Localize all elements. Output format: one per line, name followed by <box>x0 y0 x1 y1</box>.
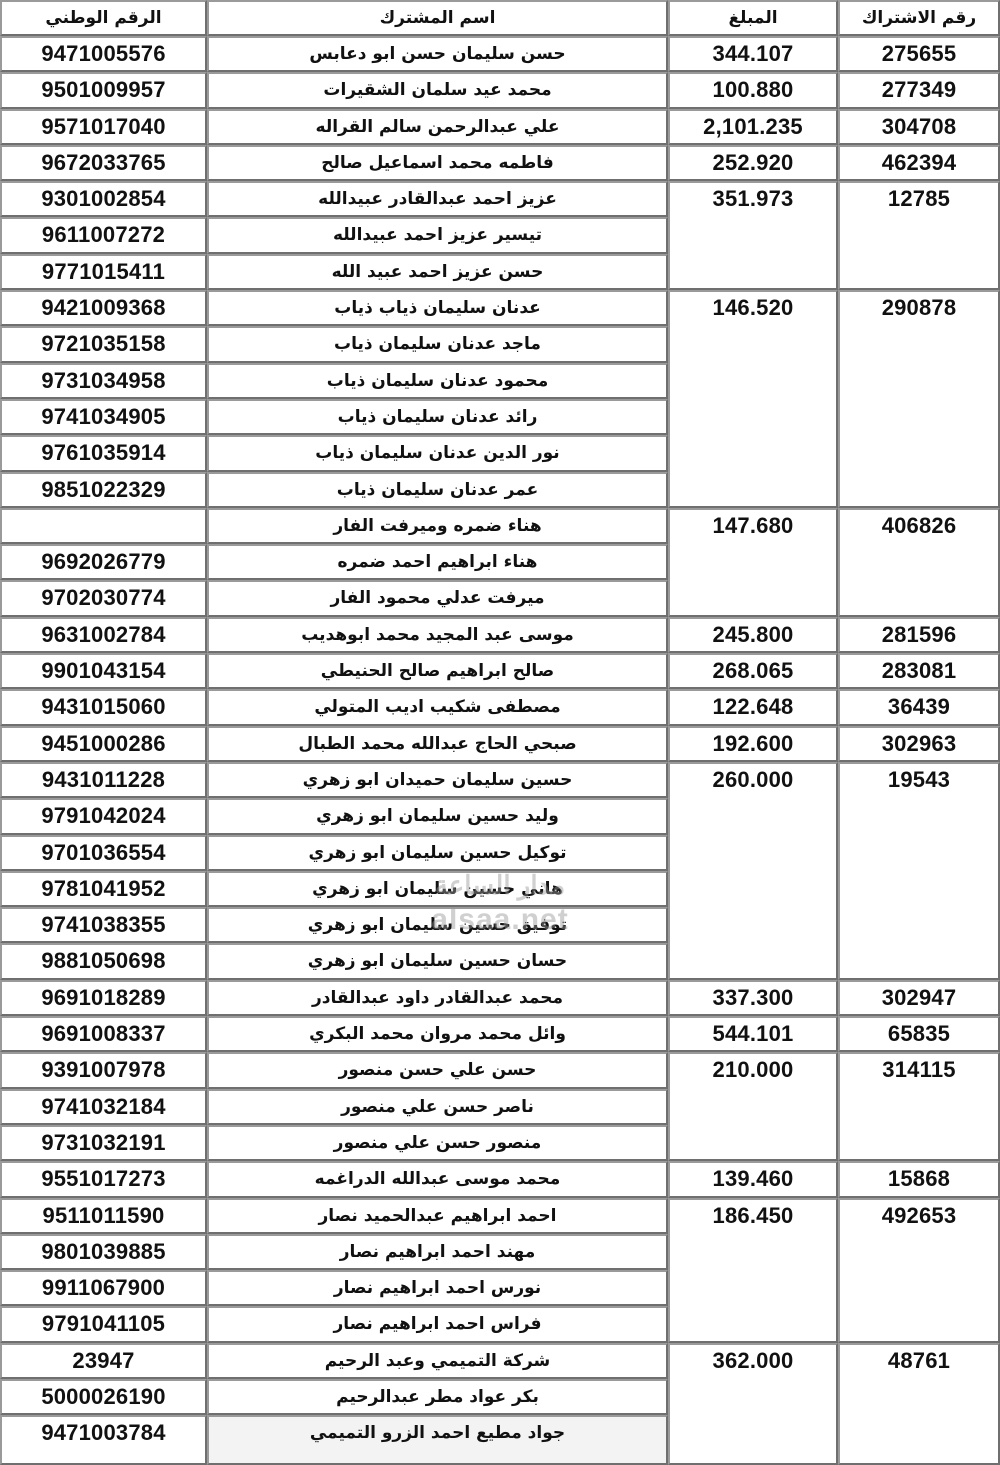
subscriber-name-cell: حسن سليمان حسن ابو دعابس <box>207 36 668 72</box>
amount-cell: 210.000 <box>668 1052 838 1161</box>
table-row: 9631002784موسى عبد المجيد محمد ابوهديب24… <box>0 617 1000 653</box>
national-id-cell: 9741032184 <box>0 1089 207 1125</box>
subscription-no-cell: 314115 <box>838 1052 1000 1161</box>
subscriber-name-cell: ناصر حسن علي منصور <box>207 1089 668 1125</box>
national-id-cell: 9761035914 <box>0 435 207 471</box>
subscriber-name-cell: مهند احمد ابراهيم نصار <box>207 1234 668 1270</box>
table-row: 9451000286صبحي الحاج عبدالله محمد الطبال… <box>0 726 1000 762</box>
national-id-cell: 9771015411 <box>0 254 207 290</box>
table-row: 9672033765فاطمه محمد اسماعيل صالح252.920… <box>0 145 1000 181</box>
table-row: 9511011590احمد ابراهيم عبدالحميد نصار186… <box>0 1198 1000 1234</box>
subscribers-table: الرقم الوطني اسم المشترك المبلغ رقم الاش… <box>0 0 1000 1465</box>
national-id-cell: 9781041952 <box>0 871 207 907</box>
table-row: هناء ضمره وميرفت الفار147.680406826 <box>0 508 1000 544</box>
amount-cell: 344.107 <box>668 36 838 72</box>
national-id-cell: 9551017273 <box>0 1161 207 1197</box>
national-id-cell: 9692026779 <box>0 544 207 580</box>
table-row: 9501009957محمد عيد سلمان الشقيرات100.880… <box>0 72 1000 108</box>
subscribers-document: الرقم الوطني اسم المشترك المبلغ رقم الاش… <box>0 0 1000 1465</box>
header-subscription-no: رقم الاشتراك <box>838 0 1000 36</box>
amount-cell: 139.460 <box>668 1161 838 1197</box>
subscription-no-cell: 462394 <box>838 145 1000 181</box>
national-id-cell: 9721035158 <box>0 326 207 362</box>
national-id-cell: 9741034905 <box>0 399 207 435</box>
table-row: 9391007978حسن علي حسن منصور210.000314115 <box>0 1052 1000 1088</box>
amount-cell: 147.680 <box>668 508 838 617</box>
table-row: 9691018289محمد عبدالقادر داود عبدالقادر3… <box>0 980 1000 1016</box>
header-national-id: الرقم الوطني <box>0 0 207 36</box>
table-row: 9901043154صالح ابراهيم صالح الحنيطي268.0… <box>0 653 1000 689</box>
amount-cell: 146.520 <box>668 290 838 508</box>
national-id-cell: 9881050698 <box>0 943 207 979</box>
subscriber-name-cell: نورس احمد ابراهيم نصار <box>207 1270 668 1306</box>
subscriber-name-cell: محمد عيد سلمان الشقيرات <box>207 72 668 108</box>
subscription-no-cell: 275655 <box>838 36 1000 72</box>
subscriber-name-cell: حسين سليمان حميدان ابو زهري <box>207 762 668 798</box>
subscriber-name-cell: بكر عواد مطر عبدالرحيم <box>207 1379 668 1415</box>
national-id-cell: 9571017040 <box>0 109 207 145</box>
subscriber-name-cell: ماجد عدنان سليمان ذياب <box>207 326 668 362</box>
table-row: 9471005576حسن سليمان حسن ابو دعابس344.10… <box>0 36 1000 72</box>
national-id-cell: 9731032191 <box>0 1125 207 1161</box>
subscriber-name-cell: عمر عدنان سليمان ذياب <box>207 472 668 508</box>
national-id-cell: 23947 <box>0 1343 207 1379</box>
subscription-no-cell: 36439 <box>838 689 1000 725</box>
national-id-cell: 9901043154 <box>0 653 207 689</box>
national-id-cell: 9691018289 <box>0 980 207 1016</box>
national-id-cell: 9851022329 <box>0 472 207 508</box>
table-row: 9691008337وائل محمد مروان محمد البكري544… <box>0 1016 1000 1052</box>
national-id-cell: 9471005576 <box>0 36 207 72</box>
national-id-cell: 5000026190 <box>0 1379 207 1415</box>
national-id-cell: 9701036554 <box>0 835 207 871</box>
national-id-cell: 9471003784 <box>0 1415 207 1465</box>
national-id-cell: 9501009957 <box>0 72 207 108</box>
subscriber-name-cell: حسان حسين سليمان ابو زهري <box>207 943 668 979</box>
subscriber-name-cell: نور الدين عدنان سليمان ذياب <box>207 435 668 471</box>
national-id-cell: 9791041105 <box>0 1306 207 1342</box>
subscriber-name-cell: محمد موسى عبدالله الدراغمه <box>207 1161 668 1197</box>
header-name: اسم المشترك <box>207 0 668 36</box>
subscriber-name-cell: منصور حسن علي منصور <box>207 1125 668 1161</box>
national-id-cell: 9511011590 <box>0 1198 207 1234</box>
subscription-no-cell: 65835 <box>838 1016 1000 1052</box>
subscription-no-cell: 15868 <box>838 1161 1000 1197</box>
subscriber-name-cell: هاني حسين سليمان ابو زهري <box>207 871 668 907</box>
subscriber-name-cell: عزيز احمد عبدالقادر عبيدالله <box>207 181 668 217</box>
amount-cell: 192.600 <box>668 726 838 762</box>
national-id-cell: 9611007272 <box>0 217 207 253</box>
amount-cell: 186.450 <box>668 1198 838 1343</box>
subscriber-name-cell: شركة التميمي وعبد الرحيم <box>207 1343 668 1379</box>
national-id-cell: 9431015060 <box>0 689 207 725</box>
national-id-cell: 9451000286 <box>0 726 207 762</box>
national-id-cell: 9911067900 <box>0 1270 207 1306</box>
amount-cell: 351.973 <box>668 181 838 290</box>
national-id-cell: 9431011228 <box>0 762 207 798</box>
national-id-cell: 9731034958 <box>0 363 207 399</box>
subscriber-name-cell: رائد عدنان سليمان ذياب <box>207 399 668 435</box>
national-id-cell: 9421009368 <box>0 290 207 326</box>
subscriber-name-cell: مصطفى شكيب اديب المتولي <box>207 689 668 725</box>
amount-cell: 260.000 <box>668 762 838 980</box>
subscription-no-cell: 302947 <box>838 980 1000 1016</box>
subscription-no-cell: 19543 <box>838 762 1000 980</box>
national-id-cell <box>0 508 207 544</box>
subscription-no-cell: 492653 <box>838 1198 1000 1343</box>
subscriber-name-cell: جواد مطيع احمد الزرو التميمي <box>207 1415 668 1465</box>
table-row: 9431015060مصطفى شكيب اديب المتولي122.648… <box>0 689 1000 725</box>
subscription-no-cell: 277349 <box>838 72 1000 108</box>
subscription-no-cell: 48761 <box>838 1343 1000 1465</box>
subscriber-name-cell: صبحي الحاج عبدالله محمد الطبال <box>207 726 668 762</box>
national-id-cell: 9631002784 <box>0 617 207 653</box>
subscriber-name-cell: وليد حسين سليمان ابو زهري <box>207 798 668 834</box>
table-row: 9571017040علي عبدالرحمن سالم القراله2,10… <box>0 109 1000 145</box>
national-id-cell: 9791042024 <box>0 798 207 834</box>
header-amount: المبلغ <box>668 0 838 36</box>
subscription-no-cell: 406826 <box>838 508 1000 617</box>
subscriber-name-cell: هناء ابراهيم احمد ضمره <box>207 544 668 580</box>
subscriber-name-cell: عدنان سليمان ذياب ذياب <box>207 290 668 326</box>
subscriber-name-cell: موسى عبد المجيد محمد ابوهديب <box>207 617 668 653</box>
amount-cell: 544.101 <box>668 1016 838 1052</box>
header-row: الرقم الوطني اسم المشترك المبلغ رقم الاش… <box>0 0 1000 36</box>
amount-cell: 268.065 <box>668 653 838 689</box>
subscriber-name-cell: محمود عدنان سليمان ذياب <box>207 363 668 399</box>
subscriber-name-cell: احمد ابراهيم عبدالحميد نصار <box>207 1198 668 1234</box>
amount-cell: 245.800 <box>668 617 838 653</box>
subscriber-name-cell: توكيل حسين سليمان ابو زهري <box>207 835 668 871</box>
national-id-cell: 9672033765 <box>0 145 207 181</box>
national-id-cell: 9391007978 <box>0 1052 207 1088</box>
table-row: 9421009368عدنان سليمان ذياب ذياب146.5202… <box>0 290 1000 326</box>
subscriber-name-cell: وائل محمد مروان محمد البكري <box>207 1016 668 1052</box>
national-id-cell: 9301002854 <box>0 181 207 217</box>
subscription-no-cell: 302963 <box>838 726 1000 762</box>
amount-cell: 100.880 <box>668 72 838 108</box>
amount-cell: 2,101.235 <box>668 109 838 145</box>
national-id-cell: 9741038355 <box>0 907 207 943</box>
table-row: 9551017273محمد موسى عبدالله الدراغمه139.… <box>0 1161 1000 1197</box>
subscription-no-cell: 12785 <box>838 181 1000 290</box>
subscriber-name-cell: فاطمه محمد اسماعيل صالح <box>207 145 668 181</box>
subscriber-name-cell: تيسير عزيز احمد عبيدالله <box>207 217 668 253</box>
subscriber-name-cell: حسن علي حسن منصور <box>207 1052 668 1088</box>
subscription-no-cell: 283081 <box>838 653 1000 689</box>
subscriber-name-cell: محمد عبدالقادر داود عبدالقادر <box>207 980 668 1016</box>
amount-cell: 122.648 <box>668 689 838 725</box>
subscriber-name-cell: صالح ابراهيم صالح الحنيطي <box>207 653 668 689</box>
subscriber-name-cell: ميرفت عدلي محمود الفار <box>207 580 668 616</box>
amount-cell: 337.300 <box>668 980 838 1016</box>
subscriber-name-cell: توفيق حسين سليمان ابو زهري <box>207 907 668 943</box>
subscription-no-cell: 304708 <box>838 109 1000 145</box>
subscription-no-cell: 290878 <box>838 290 1000 508</box>
amount-cell: 252.920 <box>668 145 838 181</box>
subscription-no-cell: 281596 <box>838 617 1000 653</box>
subscriber-name-cell: حسن عزيز احمد عبيد الله <box>207 254 668 290</box>
table-row: 23947شركة التميمي وعبد الرحيم362.0004876… <box>0 1343 1000 1379</box>
subscriber-name-cell: علي عبدالرحمن سالم القراله <box>207 109 668 145</box>
amount-cell: 362.000 <box>668 1343 838 1465</box>
table-body: 9471005576حسن سليمان حسن ابو دعابس344.10… <box>0 36 1000 1465</box>
national-id-cell: 9691008337 <box>0 1016 207 1052</box>
table-row: 9431011228حسين سليمان حميدان ابو زهري260… <box>0 762 1000 798</box>
national-id-cell: 9801039885 <box>0 1234 207 1270</box>
subscriber-name-cell: فراس احمد ابراهيم نصار <box>207 1306 668 1342</box>
table-row: 9301002854عزيز احمد عبدالقادر عبيدالله35… <box>0 181 1000 217</box>
subscriber-name-cell: هناء ضمره وميرفت الفار <box>207 508 668 544</box>
national-id-cell: 9702030774 <box>0 580 207 616</box>
